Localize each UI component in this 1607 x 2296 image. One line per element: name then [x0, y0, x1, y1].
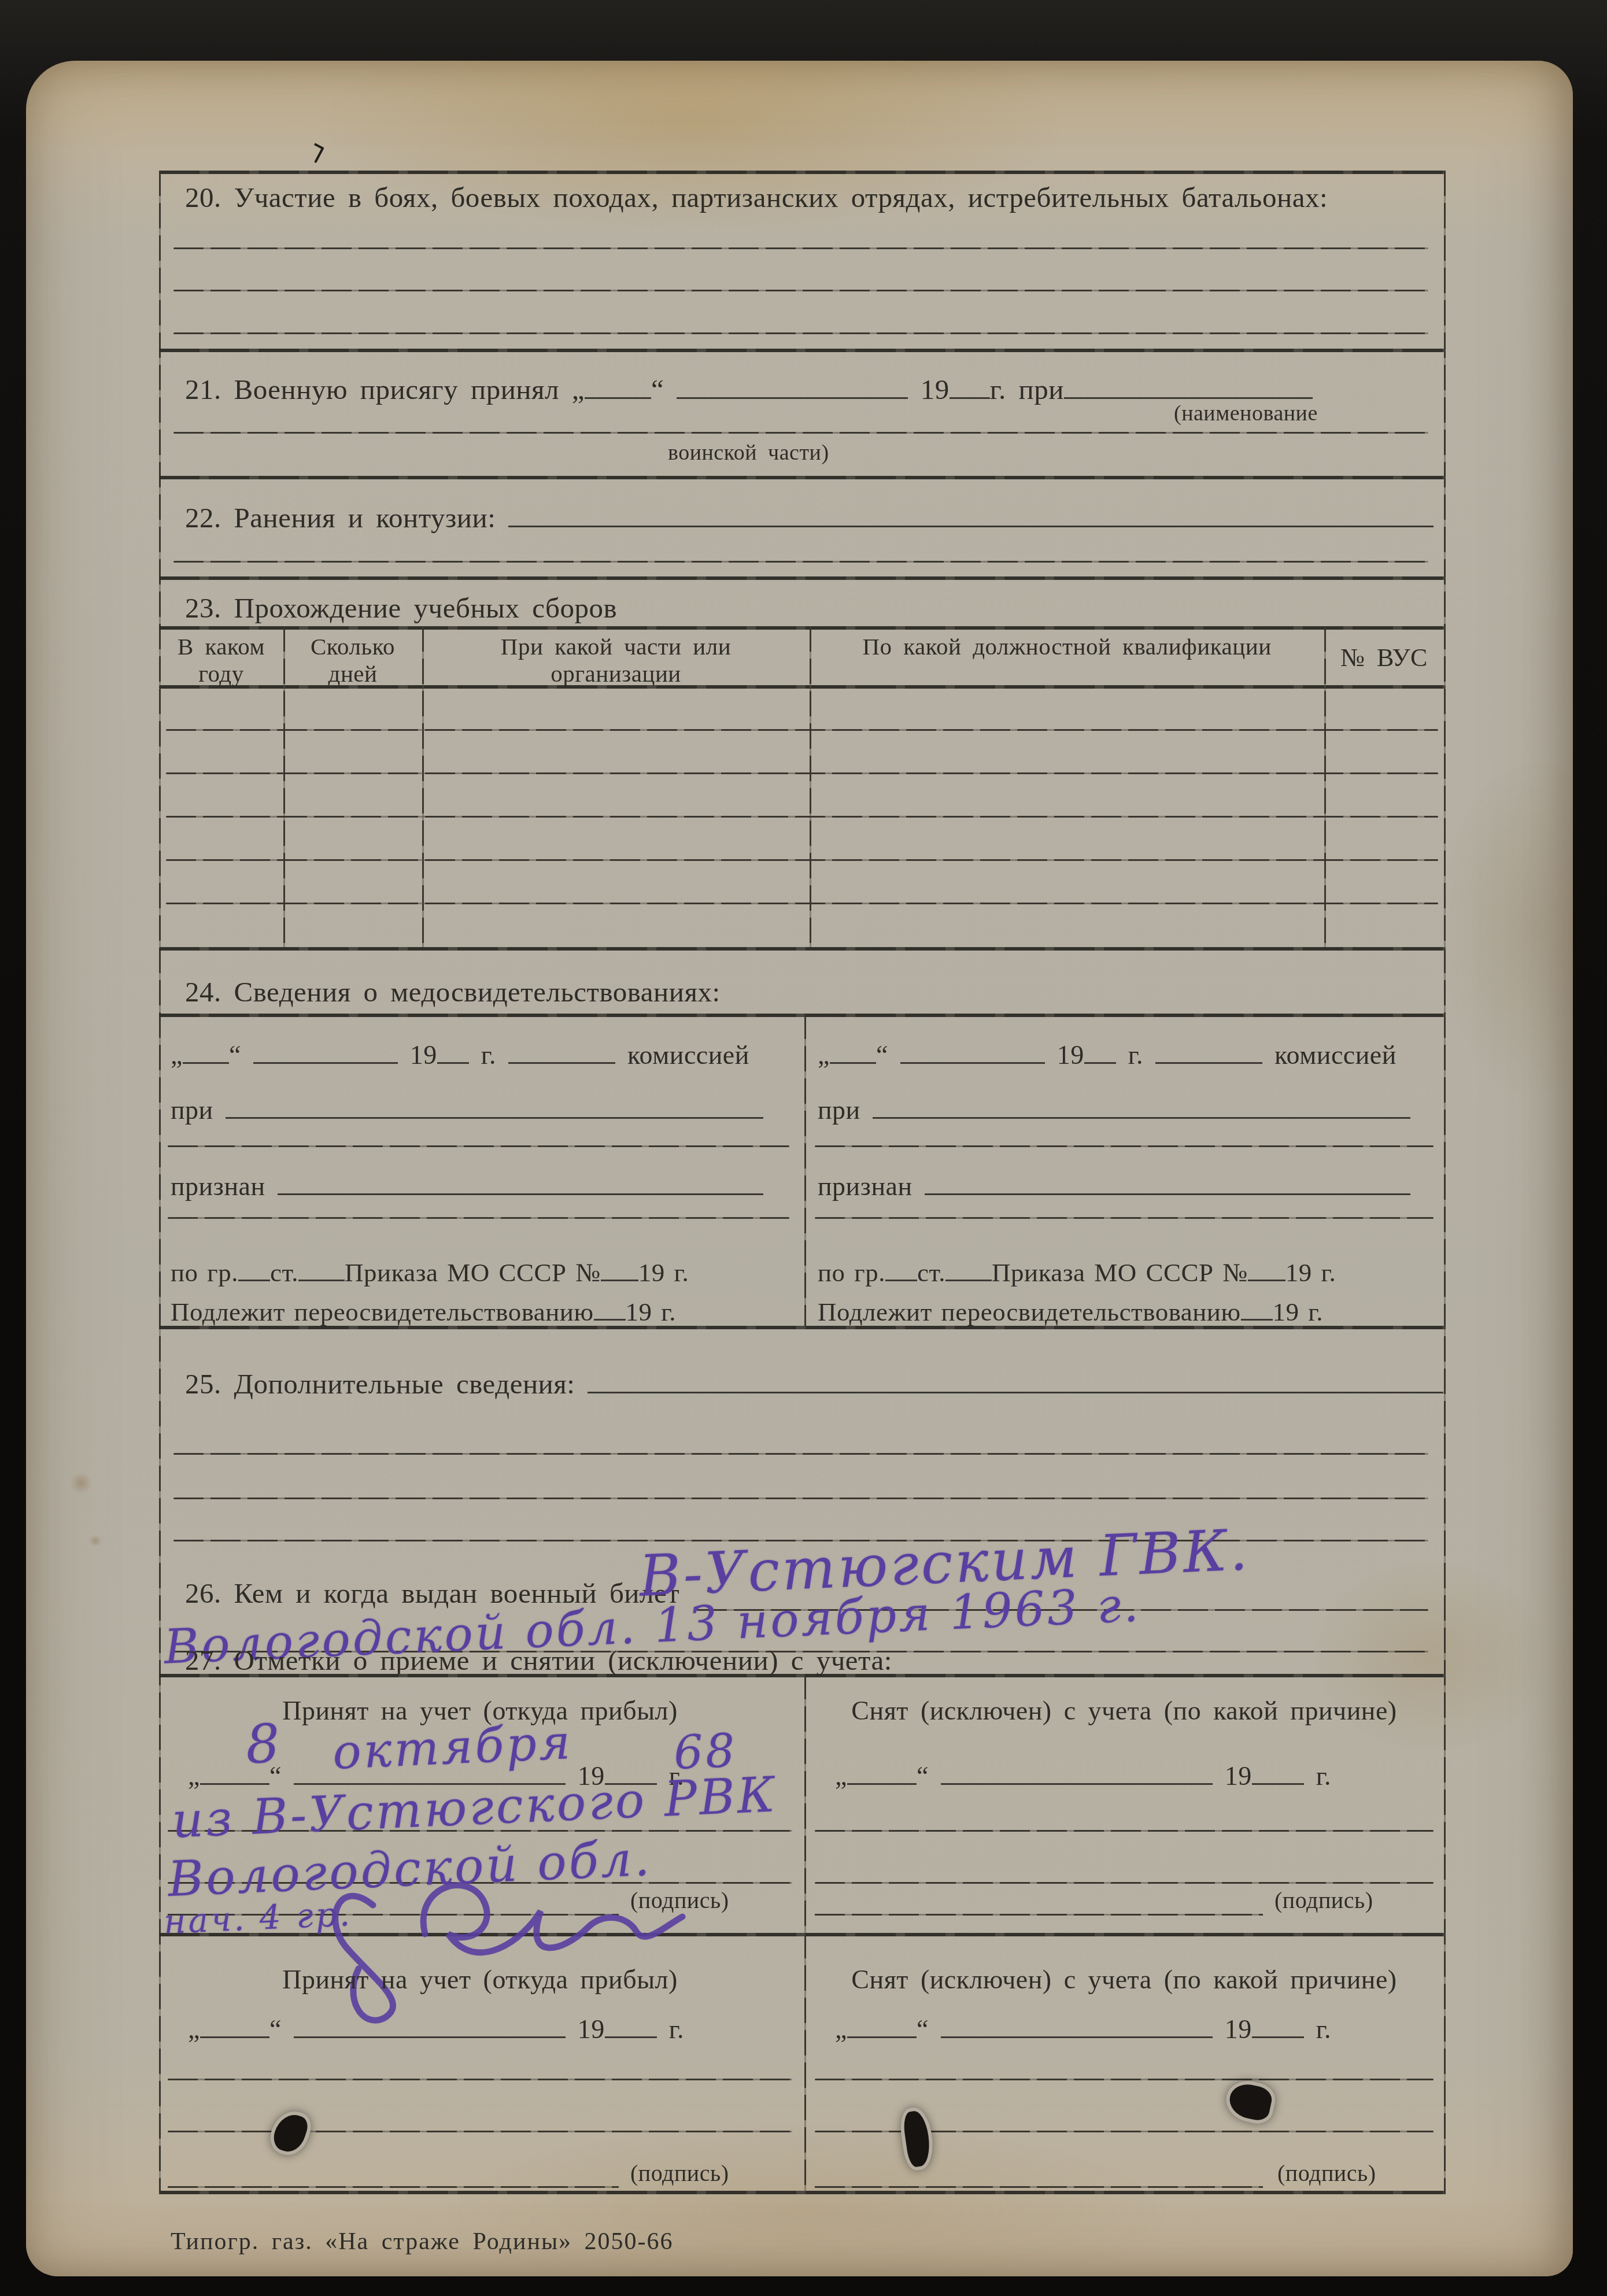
med-reexam-line: Подлежит переосвидетельствованию19 г. [818, 1297, 1323, 1327]
ruled-line [173, 290, 1428, 291]
quote-close: “ [876, 1040, 888, 1070]
blank-reexam [594, 1297, 626, 1321]
item24-number: 24. [185, 976, 221, 1008]
item27-title: 27. Отметки о приеме и снятии (исключени… [185, 1644, 892, 1677]
item21-hint-bottom: воинской части) [668, 440, 829, 465]
med-st: ст. [917, 1258, 945, 1287]
blank-day [183, 1040, 229, 1064]
podpis-label: (подпись) [1277, 2160, 1376, 2187]
med-pri: при [171, 1095, 213, 1125]
year-g: г. [990, 374, 1006, 405]
med-komissiey: комиссией [627, 1040, 749, 1070]
year-19: 19 [1225, 2014, 1252, 2044]
med-pri: при [818, 1095, 860, 1125]
blank-month [941, 2014, 1213, 2038]
item22-number: 22. [185, 502, 221, 534]
form-area: 20. Участие в боях, боевых походах, парт… [159, 171, 1446, 2194]
med-entry-right: „“ 19 г. комиссией при признан по гр.ст.… [806, 1014, 1444, 1326]
form-right-border [1444, 171, 1446, 2194]
reg-removed-cell-2: Снят (исключен) с учета (по какой причин… [806, 1933, 1444, 2191]
table-bottom-border [159, 947, 1446, 951]
item21-label: Военную присягу принял [234, 374, 560, 405]
ruled-line [815, 1145, 1434, 1147]
med-pri-line: при [818, 1095, 1410, 1125]
med-podlezhit: Подлежит переосвидетельствованию [818, 1297, 1241, 1326]
item21-pri: при [1018, 374, 1063, 405]
document-page: 20. Участие в боях, боевых походах, парт… [26, 61, 1573, 2276]
med-priznan: признан [171, 1171, 265, 1201]
item21-number: 21. [185, 374, 221, 405]
blank-pri [873, 1095, 1410, 1119]
table-row-line [166, 816, 1438, 818]
med-prikaz: Приказа МО СССР № [345, 1258, 601, 1287]
signature-line [815, 2186, 1263, 2188]
blank-pri [226, 1095, 763, 1119]
blank-year [605, 2014, 657, 2038]
year-19: 19 [638, 1258, 665, 1287]
blank-order-no [601, 1258, 638, 1281]
med-priznan-line: признан [818, 1171, 1410, 1201]
item27-label: Отметки о приеме и снятии (исключении) с… [234, 1644, 892, 1676]
blank-month [900, 1040, 1045, 1064]
ruled-line [168, 1217, 789, 1219]
ruled-line [173, 1453, 1428, 1455]
med-date-line: „“ 19 г. комиссией [171, 1040, 749, 1070]
reg-date-line: „“ 19 г. [835, 2014, 1331, 2044]
blank-st [945, 1258, 992, 1281]
blank-day [847, 1761, 917, 1785]
med-date-line: „“ 19 г. комиссией [818, 1040, 1397, 1070]
med-st: ст. [270, 1258, 298, 1287]
med-podlezhit: Подлежит переосвидетельствованию [171, 1297, 594, 1326]
blank-priznan [925, 1171, 1410, 1195]
column-divider [1324, 626, 1326, 947]
item24-title: 24. Сведения о медосвидетельствованиях: [185, 975, 721, 1008]
blank-gr [885, 1258, 917, 1281]
med-komissiey: комиссией [1274, 1040, 1397, 1070]
table-row-line [166, 729, 1438, 731]
blank-month [941, 1761, 1213, 1785]
quote-close: “ [229, 1040, 241, 1070]
item20-label: Участие в боях, боевых походах, партизан… [234, 182, 1328, 213]
item23-title: 23. Прохождение учебных сборов [185, 591, 617, 624]
year-g: г. [1128, 1040, 1143, 1070]
item23-label: Прохождение учебных сборов [234, 592, 618, 624]
section-separator [159, 349, 1446, 352]
form-top-border [159, 171, 1446, 174]
table-row-line [166, 903, 1438, 904]
blank-commission [508, 1040, 615, 1064]
blank-year [1252, 1761, 1304, 1785]
blank-year [437, 1040, 469, 1064]
quote-close: “ [269, 2014, 282, 2044]
med-priznan-line: признан [171, 1171, 763, 1201]
year-g: г. [1316, 2014, 1331, 2044]
year-19: 19 [626, 1297, 652, 1326]
blank-unit [1064, 373, 1313, 399]
scanned-military-id-page: { "colors": { "paper": "#b4afa3", "print… [0, 0, 1607, 2296]
reg-month-handwriting: октября [331, 1715, 574, 1780]
print-shop-imprint: Типогр. газ. «На страже Родины» 2050-66 [171, 2228, 674, 2256]
year-g: г. [669, 2014, 684, 2044]
quote-open: „ [835, 2014, 847, 2044]
blank-commission [1155, 1040, 1262, 1064]
reg-removed-cell-1: Снят (исключен) с учета (по какой причин… [806, 1674, 1444, 1933]
year-19: 19 [578, 2014, 605, 2044]
blank-extra [588, 1367, 1443, 1393]
blank-day [847, 2014, 917, 2038]
year-19: 19 [921, 374, 950, 405]
blank-year [1252, 2014, 1304, 2038]
year-g: г. [1308, 1297, 1323, 1326]
blank-st [298, 1258, 345, 1281]
reg-removed-header: Снят (исключен) с учета (по какой причин… [818, 1965, 1431, 1995]
item20-number: 20. [185, 182, 221, 213]
reg-accepted-header: Принят на учет (откуда прибыл) [182, 1965, 778, 1995]
blank-year [950, 373, 990, 399]
section-separator [159, 476, 1446, 479]
item22-label: Ранения и контузии: [234, 502, 496, 534]
blank-year [1084, 1040, 1116, 1064]
column-divider [422, 626, 424, 947]
col-header-vus: № ВУС [1324, 644, 1444, 673]
med-order-line: по гр.ст.Приказа МО СССР №19 г. [818, 1258, 1336, 1288]
blank-month [677, 373, 908, 399]
reg-day-handwriting: 8 [245, 1713, 283, 1776]
quote-open: „ [818, 1040, 830, 1070]
blank-month [253, 1040, 398, 1064]
column-divider [283, 626, 285, 947]
reg-accepted-cell-2: Принят на учет (откуда прибыл) „“ 19 г. … [159, 1933, 803, 2191]
blank-reexam [1241, 1297, 1273, 1321]
med-order-line: по гр.ст.Приказа МО СССР №19 г. [171, 1258, 689, 1288]
column-divider [810, 626, 811, 947]
item27-number: 27. [185, 1644, 221, 1676]
year-g: г. [674, 1258, 689, 1287]
blank-day [585, 373, 651, 399]
col-header-days: Сколько дней [286, 633, 419, 687]
med-priznan: признан [818, 1171, 913, 1201]
item25-number: 25. [185, 1368, 221, 1400]
year-g: г. [1321, 1258, 1336, 1287]
signature-line [815, 1914, 1263, 1916]
ruled-line [173, 332, 1428, 334]
item21-line: 21. Военную присягу принял „“ 19г. при [185, 373, 1313, 406]
col-header-year: В каком году [162, 633, 280, 687]
item25-label: Дополнительные сведения: [234, 1368, 575, 1400]
reg-accepted-cell-1: Принят на учет (откуда прибыл) „“ 19 г. … [159, 1674, 803, 1933]
quote-open: „ [835, 1761, 847, 1791]
quote-open: „ [188, 1761, 200, 1791]
med-prikaz: Приказа МО СССР № [992, 1258, 1248, 1287]
ruled-line [168, 2079, 792, 2080]
table-row-line [166, 772, 1438, 774]
item20-title: 20. Участие в боях, боевых походах, парт… [185, 181, 1328, 214]
quote-close: “ [651, 374, 664, 405]
quote-open: „ [572, 374, 585, 405]
ruled-line [815, 1830, 1434, 1832]
year-19: 19 [1057, 1040, 1084, 1070]
blank-wounds [508, 501, 1434, 527]
blank-order-no [1248, 1258, 1285, 1281]
quote-open: „ [188, 2014, 200, 2044]
ruled-line [815, 2079, 1434, 2080]
med-po-gr: по гр. [171, 1258, 238, 1287]
med-block-bottom [159, 1326, 1446, 1329]
podpis-label: (подпись) [1274, 1887, 1373, 1914]
ruled-line [173, 561, 1428, 563]
blank-day [200, 2014, 269, 2038]
year-g: г. [661, 1297, 676, 1326]
item23-number: 23. [185, 592, 221, 624]
ruled-line [173, 247, 1428, 249]
form-bottom-border [159, 2191, 1446, 2194]
blank-month [294, 2014, 566, 2038]
med-pri-line: при [171, 1095, 763, 1125]
quote-close: “ [917, 2014, 929, 2044]
med-po-gr: по гр. [818, 1258, 885, 1287]
item21-hint-top: (наименование [1174, 401, 1318, 426]
ruled-line [173, 432, 1428, 434]
podpis-label: (подпись) [630, 2160, 729, 2187]
col-header-qualification: По какой должностной квалификации [830, 633, 1304, 660]
item24-label: Сведения о медосвидетельствованиях: [234, 976, 721, 1008]
signature-line [168, 2186, 619, 2188]
year-19: 19 [1273, 1297, 1299, 1326]
year-g: г. [481, 1040, 496, 1070]
ruled-line [168, 1145, 789, 1147]
section-separator [159, 576, 1446, 580]
ruled-line [815, 1217, 1434, 1219]
reg-date-line: „“ 19 г. [835, 1761, 1331, 1791]
year-19: 19 [1285, 1258, 1312, 1287]
quote-open: „ [171, 1040, 183, 1070]
stray-ink-mark [314, 147, 324, 163]
ruled-line [815, 1882, 1434, 1884]
blank-gr [238, 1258, 270, 1281]
ruled-line [168, 2131, 792, 2132]
col-header-unit: При какой части или организации [437, 633, 795, 687]
reg-date-line: „“ 19 г. [188, 2014, 684, 2044]
table-row-line [166, 859, 1438, 861]
blank-day [830, 1040, 876, 1064]
year-19: 19 [1225, 1761, 1252, 1791]
year-g: г. [1316, 1761, 1331, 1791]
year-19: 19 [410, 1040, 437, 1070]
item26-number: 26. [185, 1577, 221, 1609]
ruled-line [173, 1498, 1428, 1499]
item25-title: 25. Дополнительные сведения: [185, 1367, 1443, 1400]
table-top-border [159, 626, 1446, 630]
blank-priznan [278, 1171, 763, 1195]
reg-removed-header: Снят (исключен) с учета (по какой причин… [818, 1696, 1431, 1726]
item22-line: 22. Ранения и контузии: [185, 501, 1434, 534]
med-reexam-line: Подлежит переосвидетельствованию19 г. [171, 1297, 676, 1327]
med-entry-left: „“ 19 г. комиссией при признан по гр.ст.… [159, 1014, 803, 1326]
quote-close: “ [917, 1761, 929, 1791]
